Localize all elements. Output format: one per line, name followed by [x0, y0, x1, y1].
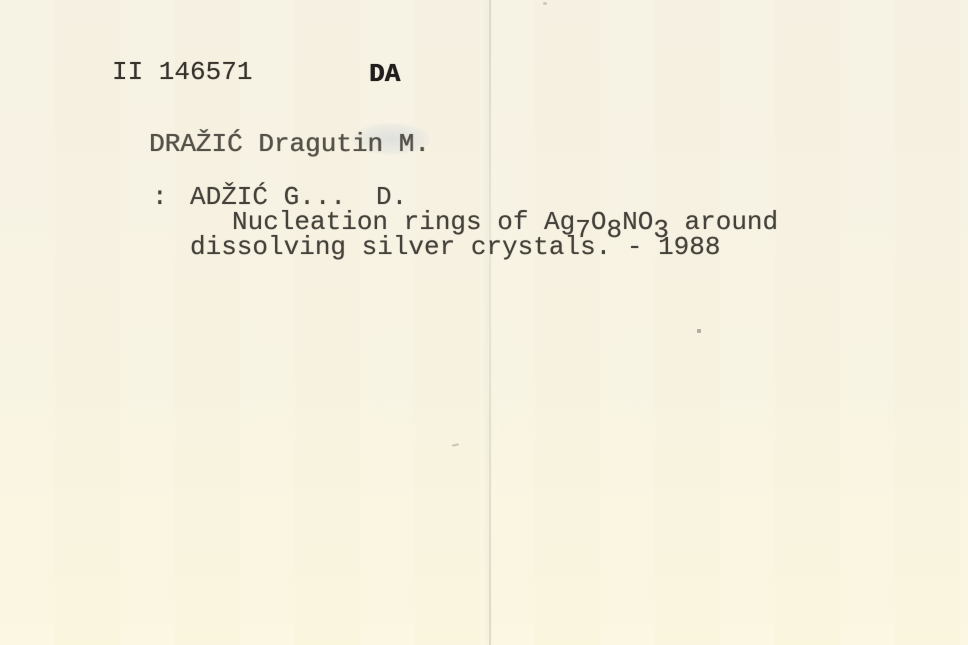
paper-speck	[452, 443, 459, 446]
classification-code: DA	[369, 61, 400, 87]
card-crease-line	[489, 0, 491, 645]
paper-speck	[697, 329, 701, 333]
added-entry-separator: :	[152, 184, 168, 210]
catalog-card: II 146571 DA DRAŽIĆ Dragutin M. : ADŽIĆ …	[0, 0, 968, 645]
paper-speck	[543, 2, 547, 5]
author-main-entry: DRAŽIĆ Dragutin M.	[149, 131, 430, 157]
title-line-2: dissolving silver crystals. - 1988	[190, 234, 721, 260]
call-number: II 146571	[112, 59, 252, 85]
